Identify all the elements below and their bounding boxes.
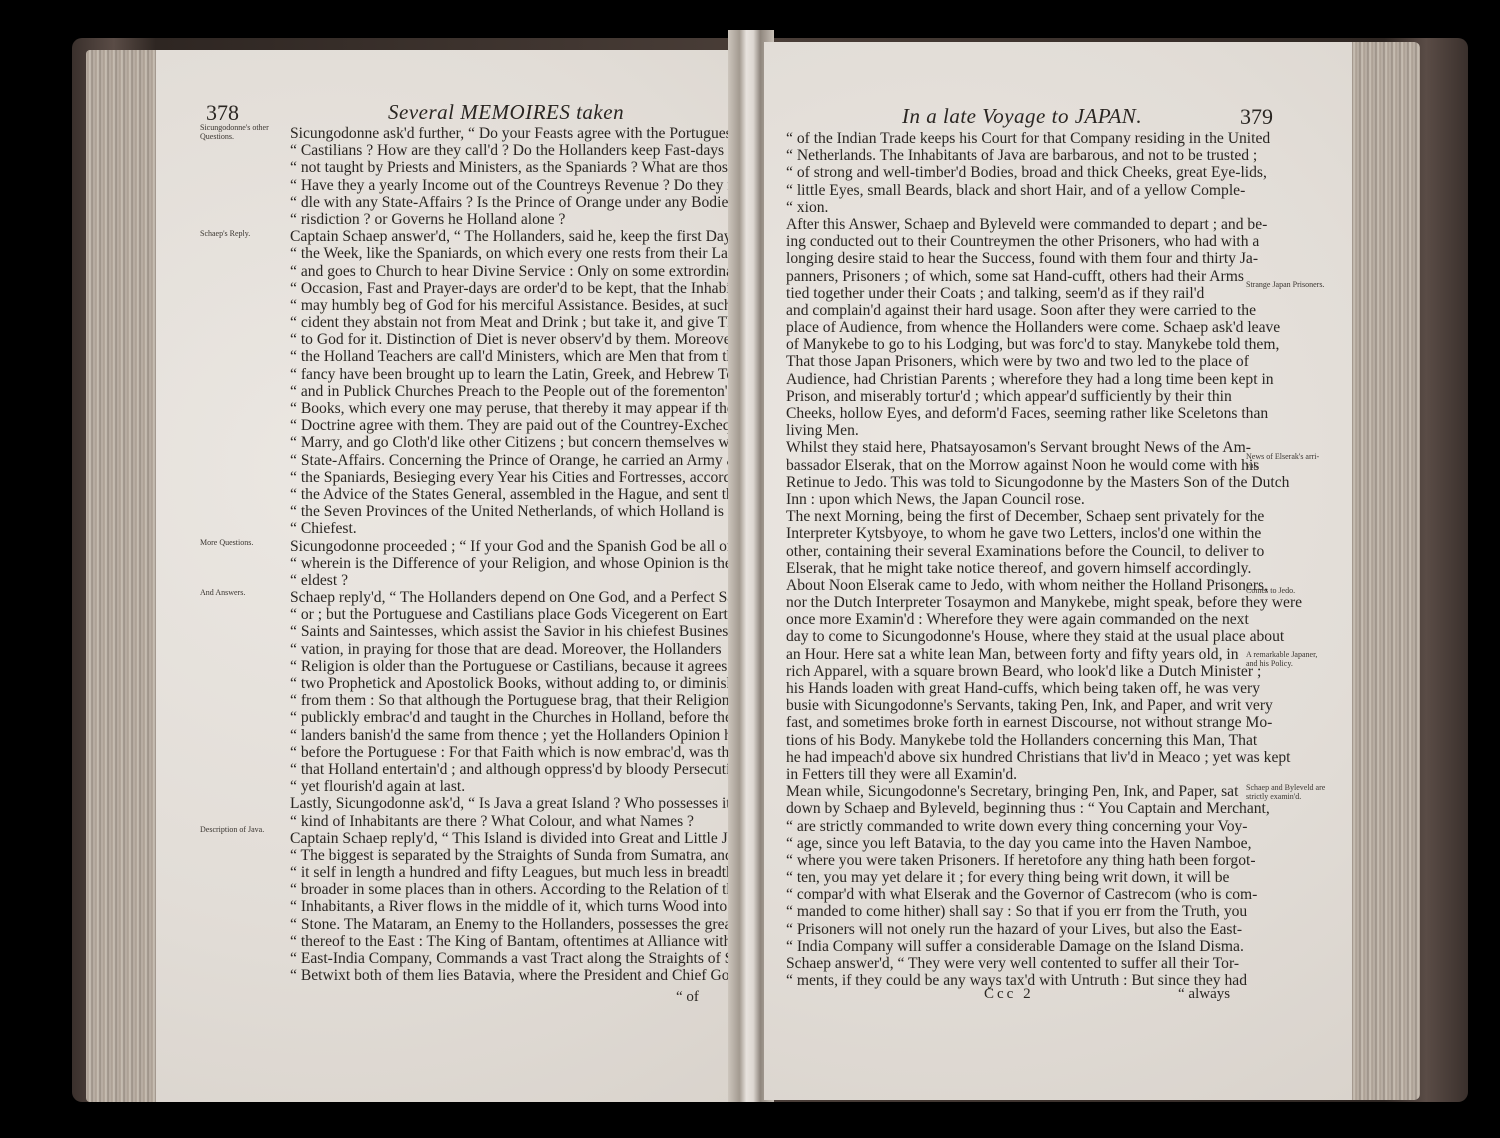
- margin-note: Schaep's Reply.: [200, 229, 250, 238]
- text-line: Sicungodonne ask'd further, “ Do your Fe…: [290, 125, 734, 142]
- text-line: “ fancy have been brought up to learn th…: [290, 366, 734, 383]
- margin-note: Sicungodonne's otherQuestions.: [200, 123, 269, 141]
- left-page: 378 Several MEMOIRES taken Sicungodonne'…: [156, 50, 738, 1102]
- text-line: longing desire staid to hear the Success…: [786, 250, 1234, 267]
- text-line: “ Inhabitants, a River flows in the midd…: [290, 898, 734, 915]
- text-line: “ India Company will suffer a considerab…: [786, 938, 1234, 955]
- text-line: “ compar'd with what Elserak and the Gov…: [786, 886, 1234, 903]
- text-line: in Fetters till they were all Examin'd.: [786, 766, 1234, 783]
- text-line: nor the Dutch Interpreter Tosaymon and M…: [786, 594, 1234, 611]
- text-line: “ Have they a yearly Income out of the C…: [290, 177, 734, 194]
- text-line: “ wherein is the Difference of your Reli…: [290, 555, 734, 572]
- text-line: busie with Sicungodonne's Servants, taki…: [786, 697, 1234, 714]
- text-line: Cheeks, hollow Eyes, and deform'd Faces,…: [786, 405, 1234, 422]
- text-line: “ risdiction ? or Governs he Holland alo…: [290, 211, 734, 228]
- text-line: “ Chiefest.: [290, 520, 734, 537]
- text-line: “ the Week, like the Spaniards, on which…: [290, 245, 734, 262]
- text-line: ing conducted out to their Countreymen t…: [786, 233, 1234, 250]
- text-line: “ may humbly beg of God for his merciful…: [290, 297, 734, 314]
- text-line: Schaep answer'd, “ They were very well c…: [786, 955, 1234, 972]
- text-line: “ where you were taken Prisoners. If her…: [786, 852, 1234, 869]
- margin-note: Description of Java.: [200, 825, 264, 834]
- text-line: “ or ; but the Portuguese and Castilians…: [290, 606, 734, 623]
- text-line: tions of his Body. Manykebe told the Hol…: [786, 732, 1234, 749]
- text-line: “ Netherlands. The Inhabitants of Java a…: [786, 147, 1234, 164]
- text-line: “ before the Portuguese : For that Faith…: [290, 744, 734, 761]
- text-line: “ the Seven Provinces of the United Neth…: [290, 503, 734, 520]
- page-number: 379: [1240, 104, 1273, 130]
- running-head: Several MEMOIRES taken: [388, 100, 624, 125]
- text-line: his Hands loaden with great Hand-cuffs, …: [786, 680, 1234, 697]
- text-line: About Noon Elserak came to Jedo, with wh…: [786, 577, 1234, 594]
- text-line: “ thereof to the East : The King of Bant…: [290, 933, 734, 950]
- text-line: “ age, since you left Batavia, to the da…: [786, 835, 1234, 852]
- text-line: Whilst they staid here, Phatsayosamon's …: [786, 439, 1234, 456]
- text-line: “ the Spaniards, Besieging every Year hi…: [290, 469, 734, 486]
- text-line: living Men.: [786, 422, 1234, 439]
- text-line: After this Answer, Schaep and Byleveld w…: [786, 216, 1234, 233]
- text-line: “ Saints and Saintesses, which assist th…: [290, 623, 734, 640]
- body-text: Sicungodonne ask'd further, “ Do your Fe…: [290, 125, 734, 984]
- text-line: Lastly, Sicungodonne ask'd, “ Is Java a …: [290, 795, 734, 812]
- text-line: panners, Prisoners ; of which, some sat …: [786, 268, 1234, 285]
- text-line: “ little Eyes, small Beards, black and s…: [786, 182, 1234, 199]
- text-line: Prison, and miserably tortur'd ; which a…: [786, 388, 1234, 405]
- running-head: In a late Voyage to JAPAN.: [902, 104, 1142, 129]
- text-line: “ the Holland Teachers are call'd Minist…: [290, 348, 734, 365]
- text-line: Elserak, that he might take notice there…: [786, 560, 1234, 577]
- margin-note: And Answers.: [200, 588, 245, 597]
- text-line: The next Morning, being the first of Dec…: [786, 508, 1234, 525]
- text-line: rich Apparel, with a square brown Beard,…: [786, 663, 1234, 680]
- catchword: “ of: [676, 989, 699, 1006]
- margin-note: Strange Japan Prisoners.: [1246, 280, 1324, 289]
- text-line: of Manykebe to go to his Lodging, but wa…: [786, 336, 1234, 353]
- text-line: “ landers banish'd the same from thence …: [290, 727, 734, 744]
- text-line: Retinue to Jedo. This was told to Sicung…: [786, 474, 1234, 491]
- signature-mark: Ccc 2: [984, 986, 1034, 1003]
- text-line: “ yet flourish'd again at last.: [290, 778, 734, 795]
- catchword: “ always: [1178, 986, 1230, 1003]
- text-line: and complain'd against their hard usage.…: [786, 302, 1234, 319]
- text-line: “ of strong and well-timber'd Bodies, br…: [786, 164, 1234, 181]
- left-page-stack: [86, 50, 156, 1102]
- text-line: day to come to Sicungodonne's House, whe…: [786, 628, 1234, 645]
- text-line: “ cident they abstain not from Meat and …: [290, 314, 734, 331]
- right-page: In a late Voyage to JAPAN. 379 Strange J…: [764, 42, 1352, 1100]
- text-line: “ vation, in praying for those that are …: [290, 641, 734, 658]
- text-line: “ of the Indian Trade keeps his Court fo…: [786, 130, 1234, 147]
- text-line: an Hour. Here sat a white lean Man, betw…: [786, 646, 1234, 663]
- text-line: “ dle with any State-Affairs ? Is the Pr…: [290, 194, 734, 211]
- margin-note: More Questions.: [200, 538, 253, 547]
- text-line: “ Religion is older than the Portuguese …: [290, 658, 734, 675]
- text-line: fast, and sometimes broke forth in earne…: [786, 714, 1234, 731]
- text-line: Inn : upon which News, the Japan Council…: [786, 491, 1234, 508]
- text-line: once more Examin'd : Wherefore they were…: [786, 611, 1234, 628]
- text-line: “ that Holland entertain'd ; and althoug…: [290, 761, 734, 778]
- text-line: “ State-Affairs. Concerning the Prince o…: [290, 452, 734, 469]
- text-line: “ to God for it. Distinction of Diet is …: [290, 331, 734, 348]
- text-line: “ East-India Company, Commands a vast Tr…: [290, 950, 734, 967]
- text-line: “ broader in some places than in others.…: [290, 881, 734, 898]
- text-line: “ Books, which every one may peruse, tha…: [290, 400, 734, 417]
- text-line: “ publickly embrac'd and taught in the C…: [290, 709, 734, 726]
- text-line: Interpreter Kytsbyoye, to whom he gave t…: [786, 525, 1234, 542]
- text-line: place of Audience, from whence the Holla…: [786, 319, 1234, 336]
- text-line: “ manded to come hither) shall say : So …: [786, 903, 1234, 920]
- text-line: “ from them : So that although the Portu…: [290, 692, 734, 709]
- text-line: other, containing their several Examinat…: [786, 543, 1234, 560]
- text-line: bassador Elserak, that on the Morrow aga…: [786, 457, 1234, 474]
- text-line: “ xion.: [786, 199, 1234, 216]
- text-line: “ Prisoners will not onely run the hazar…: [786, 921, 1234, 938]
- text-line: “ Occasion, Fast and Prayer-days are ord…: [290, 280, 734, 297]
- right-page-stack: [1350, 42, 1420, 1100]
- text-line: “ two Prophetick and Apostolick Books, w…: [290, 675, 734, 692]
- body-text: “ of the Indian Trade keeps his Court fo…: [786, 130, 1234, 989]
- text-line: “ The biggest is separated by the Straig…: [290, 847, 734, 864]
- text-line: Audience, had Christian Parents ; wheref…: [786, 371, 1234, 388]
- text-line: he had impeach'd above six hundred Chris…: [786, 749, 1234, 766]
- text-line: “ and goes to Church to hear Divine Serv…: [290, 263, 734, 280]
- text-line: “ Stone. The Mataram, an Enemy to the Ho…: [290, 916, 734, 933]
- text-line: Captain Schaep answer'd, “ The Hollander…: [290, 228, 734, 245]
- text-line: “ Marry, and go Cloth'd like other Citiz…: [290, 434, 734, 451]
- text-line: Captain Schaep reply'd, “ This Island is…: [290, 830, 734, 847]
- text-line: “ the Advice of the States General, asse…: [290, 486, 734, 503]
- text-line: down by Schaep and Byleveld, beginning t…: [786, 800, 1234, 817]
- text-line: “ it self in length a hundred and fifty …: [290, 864, 734, 881]
- text-line: Mean while, Sicungodonne's Secretary, br…: [786, 783, 1234, 800]
- text-line: “ and in Publick Churches Preach to the …: [290, 383, 734, 400]
- text-line: That those Japan Prisoners, which were b…: [786, 353, 1234, 370]
- text-line: “ not taught by Priests and Ministers, a…: [290, 159, 734, 176]
- text-line: tied together under their Coats ; and ta…: [786, 285, 1234, 302]
- text-line: “ Doctrine agree with them. They are pai…: [290, 417, 734, 434]
- text-line: “ Castilians ? How are they call'd ? Do …: [290, 142, 734, 159]
- text-line: “ kind of Inhabitants are there ? What C…: [290, 813, 734, 830]
- text-line: “ ten, you may yet delare it ; for every…: [786, 869, 1234, 886]
- text-line: Schaep reply'd, “ The Hollanders depend …: [290, 589, 734, 606]
- text-line: “ eldest ?: [290, 572, 734, 589]
- margin-note: Schaep and Byleveld arestrictly examin'd…: [1246, 783, 1325, 801]
- text-line: Sicungodonne proceeded ; “ If your God a…: [290, 538, 734, 555]
- text-line: “ are strictly commanded to write down e…: [786, 818, 1234, 835]
- text-line: “ Betwixt both of them lies Batavia, whe…: [290, 967, 734, 984]
